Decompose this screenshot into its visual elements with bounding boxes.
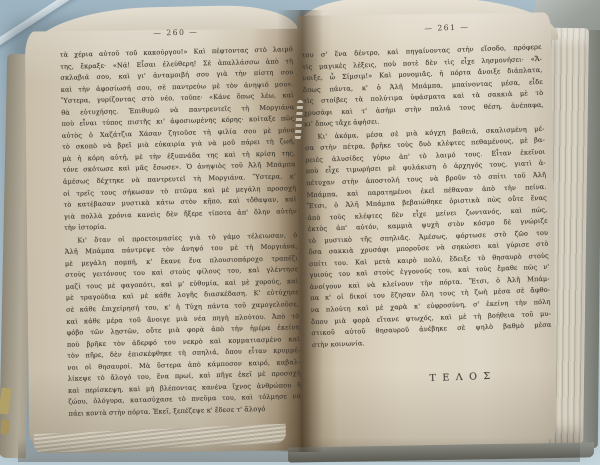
left-paragraph-continuation: τὰ χέρια αὐτοῦ τοῦ κακούργου!» Καὶ πέφτο… [60, 44, 297, 234]
left-paragraph-wedding: Κι' ὅταν οἱ προετοιμασίες γιὰ τὸ γάμο τέ… [64, 230, 301, 420]
right-paragraph-continuation: του σ' ἕνα δέντρο, καὶ πηγαίνοντας στὴν … [302, 42, 545, 131]
left-page-text: — 260 — τὰ χέρια αὐτοῦ τοῦ κακούργου!» Κ… [59, 24, 301, 421]
right-paragraph-final: Κι' ἀκόμα, μέσα σὲ μιὰ κόγχη βαθειά, σκα… [304, 124, 552, 352]
right-page-text: — 261 — του σ' ἕνα δέντρο, καὶ πηγαίνοντ… [301, 19, 553, 388]
photo-of-open-book: — 260 — τὰ χέρια αὐτοῦ τοῦ κακούργου!» Κ… [0, 0, 600, 465]
spine-gilt-detail [0, 420, 9, 435]
